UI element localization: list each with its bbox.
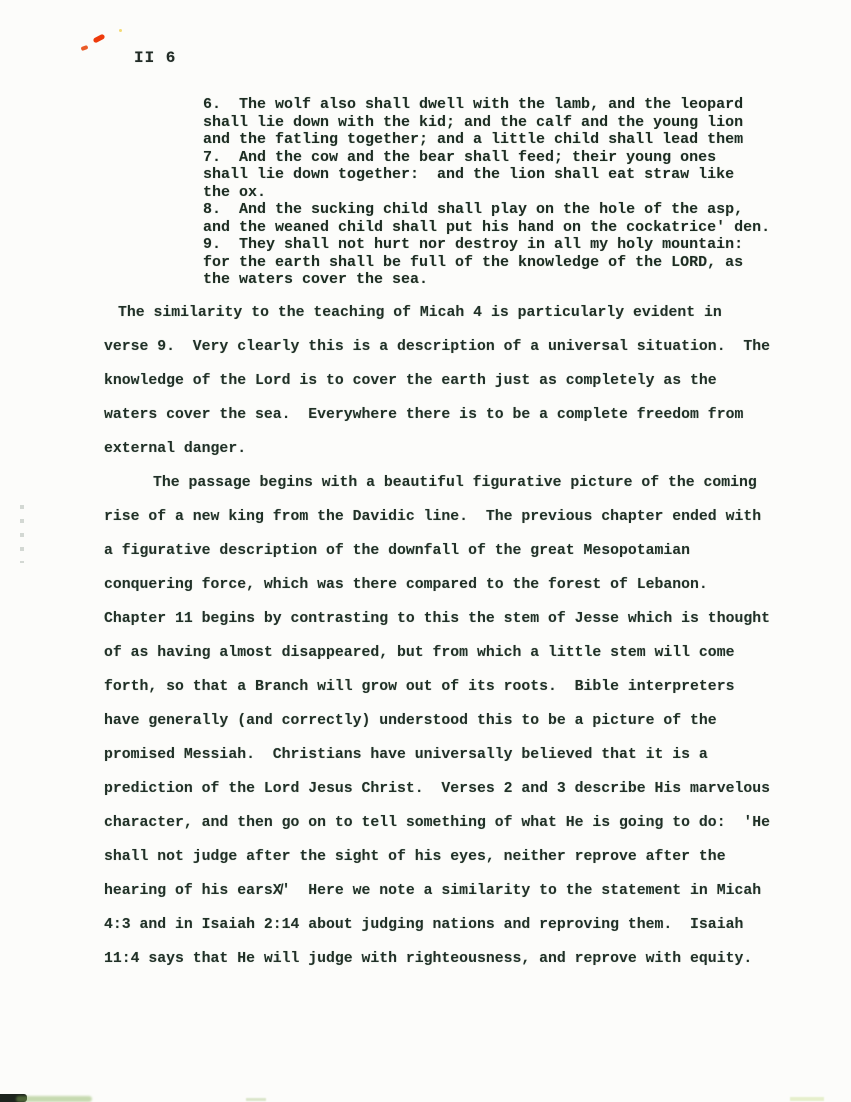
scripture-quote-block: 6. The wolf also shall dwell with the la…	[203, 96, 803, 289]
scan-smudge	[16, 1096, 92, 1102]
text-line: conquering force, which was there compar…	[104, 568, 804, 602]
text-line: have generally (and correctly) understoo…	[104, 704, 804, 738]
text-line: The passage begins with a beautiful figu…	[104, 466, 804, 500]
text-line: the waters cover the sea.	[203, 271, 803, 289]
document-page: II 6 6. The wolf also shall dwell with t…	[0, 0, 851, 1102]
paragraph: The similarity to the teaching of Micah …	[104, 296, 804, 466]
text-line: knowledge of the Lord is to cover the ea…	[104, 364, 804, 398]
text-line: for the earth shall be full of the knowl…	[203, 254, 803, 272]
red-pen-dot	[81, 45, 89, 51]
text-line: shall lie down with the kid; and the cal…	[203, 114, 803, 132]
text-line: external danger.	[104, 432, 804, 466]
body-text: The similarity to the teaching of Micah …	[104, 296, 804, 976]
text-line: 7. And the cow and the bear shall feed; …	[203, 149, 803, 167]
text-line: of as having almost disappeared, but fro…	[104, 636, 804, 670]
text-line: 11:4 says that He will judge with righte…	[104, 942, 804, 976]
text-line: 6. The wolf also shall dwell with the la…	[203, 96, 803, 114]
text-line: the ox.	[203, 184, 803, 202]
text-line: Chapter 11 begins by contrasting to this…	[104, 602, 804, 636]
text-line: promised Messiah. Christians have univer…	[104, 738, 804, 772]
text-line: waters cover the sea. Everywhere there i…	[104, 398, 804, 432]
text-line: shall not judge after the sight of his e…	[104, 840, 804, 874]
text-line: 4:3 and in Isaiah 2:14 about judging nat…	[104, 908, 804, 942]
text-line: forth, so that a Branch will grow out of…	[104, 670, 804, 704]
text-line: verse 9. Very clearly this is a descript…	[104, 330, 804, 364]
page-number: II 6	[134, 49, 176, 67]
red-pen-mark	[93, 33, 106, 43]
text-line: prediction of the Lord Jesus Christ. Ver…	[104, 772, 804, 806]
scan-speck	[790, 1097, 824, 1101]
text-line: and the weaned child shall put his hand …	[203, 219, 803, 237]
text-line: The similarity to the teaching of Micah …	[104, 296, 804, 330]
text-line: a figurative description of the downfall…	[104, 534, 804, 568]
scan-speck	[119, 29, 122, 32]
text-line: 9. They shall not hurt nor destroy in al…	[203, 236, 803, 254]
text-line: 8. And the sucking child shall play on t…	[203, 201, 803, 219]
margin-scan-mark	[20, 505, 24, 563]
text-line: hearing of his earsX̸' Here we note a si…	[104, 874, 804, 908]
scan-speck	[246, 1098, 266, 1101]
text-line: shall lie down together: and the lion sh…	[203, 166, 803, 184]
text-line: and the fatling together; and a little c…	[203, 131, 803, 149]
paragraph: The passage begins with a beautiful figu…	[104, 466, 804, 976]
text-line: character, and then go on to tell someth…	[104, 806, 804, 840]
text-line: rise of a new king from the Davidic line…	[104, 500, 804, 534]
